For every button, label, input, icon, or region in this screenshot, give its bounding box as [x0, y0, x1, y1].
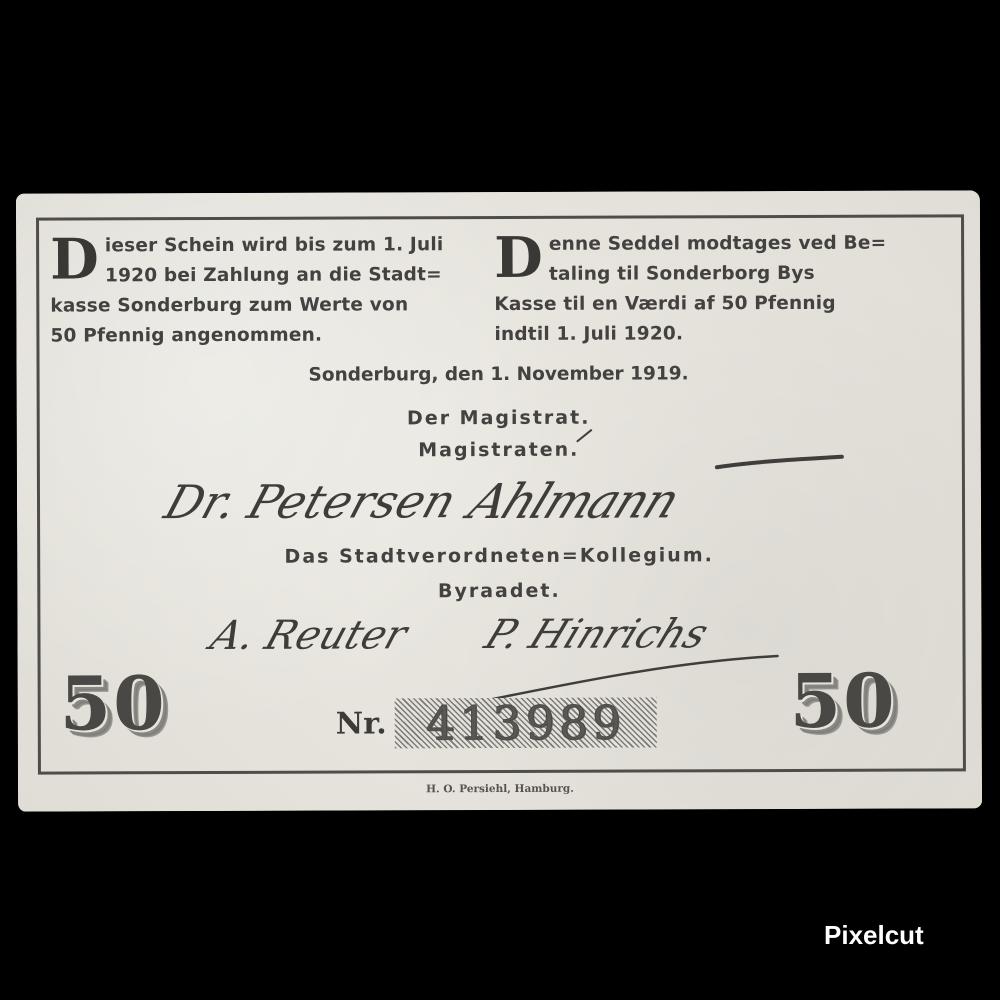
pixelcut-watermark: Pixelcut [824, 920, 924, 951]
danish-redemption-text: D enne Seddel modtages ved Be= taling ti… [494, 228, 934, 350]
german-text-line: kasse Sonderburg zum Werte von [50, 290, 482, 322]
serial-number: 413989 [426, 698, 626, 749]
signature-ahlmann: Ahlmann [461, 473, 686, 530]
danish-text-line: indtil 1. Juli 1920. [494, 318, 934, 350]
council-german: Das Stadtverordneten=Kollegium. [17, 543, 981, 568]
signature-reuter: A. Reuter [205, 612, 413, 659]
authority-danish: Magistraten. [17, 437, 981, 462]
signature-petersen: Dr. Petersen [158, 474, 463, 529]
danish-text-line: taling til Sonderborg Bys [494, 258, 934, 290]
authority-german: Der Magistrat. [17, 405, 981, 430]
place-date: Sonderburg, den 1. November 1919. [17, 362, 981, 386]
german-drop-cap: D [50, 233, 99, 285]
serial-label: Nr. [336, 706, 387, 741]
denomination-left: 50 [60, 661, 167, 747]
german-text-line: 1920 bei Zahlung an die Stadt= [50, 260, 482, 292]
german-text-line: 50 Pfennig angenommen. [50, 320, 482, 352]
danish-text-line: enne Seddel modtages ved Be= [494, 228, 934, 260]
council-danish: Byraadet. [17, 578, 981, 603]
serial-hatched-box: 413989 [395, 697, 657, 748]
danish-text-line: Kasse til en Værdi af 50 Pfennig [494, 288, 934, 320]
danish-drop-cap: D [494, 232, 543, 284]
banknote: D ieser Schein wird bis zum 1. Juli 1920… [16, 190, 982, 811]
denomination-right: 50 [790, 659, 897, 745]
german-redemption-text: D ieser Schein wird bis zum 1. Juli 1920… [50, 230, 482, 352]
printer-imprint: H. O. Persiehl, Hamburg. [18, 781, 982, 796]
serial-number-block: Nr. 413989 [336, 696, 657, 749]
signature-hinrichs: P. Hinrichs [478, 611, 715, 658]
german-text-line: ieser Schein wird bis zum 1. Juli [50, 230, 482, 262]
